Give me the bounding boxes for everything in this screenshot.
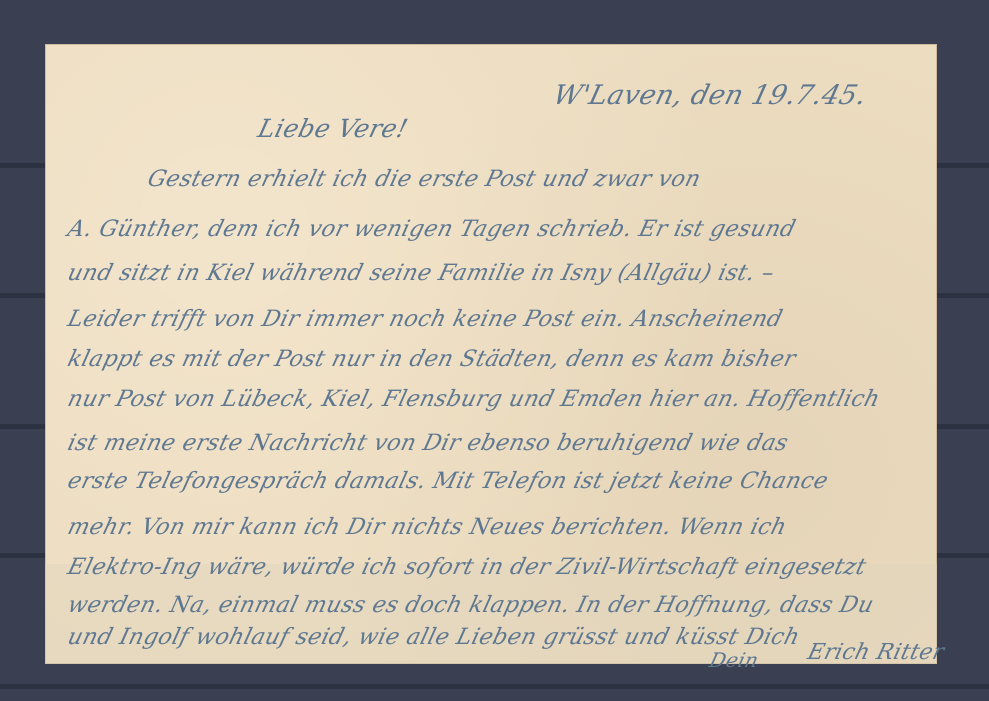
body-line: nur Post von Lübeck, Kiel, Flensburg und… (65, 386, 883, 412)
body-line: und Ingolf wohlauf seid, wie alle Lieben… (65, 624, 802, 650)
body-line: Gestern erhielt ich die erste Post und z… (145, 166, 704, 192)
body-line: erste Telefongespräch damals. Mit Telefo… (65, 468, 831, 494)
body-line: A. Günther, dem ich vor wenigen Tagen sc… (65, 216, 798, 242)
postcard: W'Laven, den 19.7.45. Liebe Vere! Gester… (45, 44, 937, 664)
body-line: Leider trifft von Dir immer noch keine P… (65, 306, 785, 332)
dateline: W'Laven, den 19.7.45. (550, 80, 870, 111)
closing: Dein (707, 648, 761, 672)
body-line: und sitzt in Kiel während seine Familie … (65, 260, 777, 286)
body-line: mehr. Von mir kann ich Dir nichts Neues … (65, 514, 789, 540)
body-line: ist meine erste Nachricht von Dir ebenso… (65, 430, 791, 456)
salutation: Liebe Vere! (255, 114, 411, 143)
body-line: werden. Na, einmal muss es doch klappen.… (65, 592, 877, 618)
background-stripe (0, 684, 989, 689)
signature: Erich Ritter (805, 640, 947, 665)
body-line: Elektro-Ing wäre, würde ich sofort in de… (65, 554, 869, 580)
body-line: klappt es mit der Post nur in den Städte… (65, 346, 799, 372)
